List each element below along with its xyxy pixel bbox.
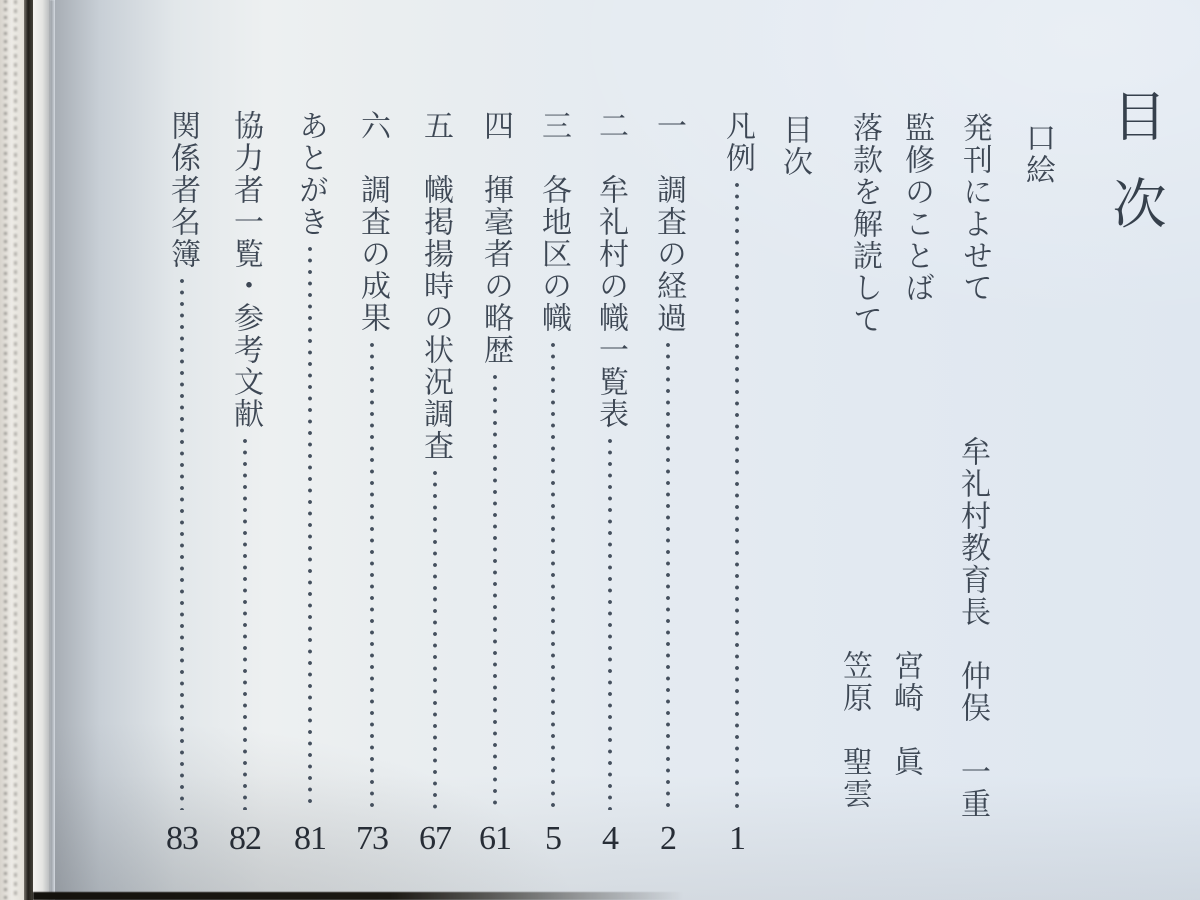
toc-entry-label: あとがき <box>295 110 325 238</box>
toc-entry: あとがき81 <box>292 110 328 864</box>
toc-entry: 二 牟礼村の幟一覧表4 <box>592 110 628 864</box>
toc-entry-page-number: 2 <box>660 814 676 864</box>
toc-entry: 協力者一覧・参考文献82 <box>227 110 263 864</box>
author-name: 宮崎 眞 <box>890 650 920 778</box>
toc-entry-page-number: 81 <box>294 814 326 864</box>
toc-entry-label: 一 調査の経過 <box>653 110 683 334</box>
front-matter-item: 落款を解読して <box>849 112 879 336</box>
toc-entry: 六 調査の成果73 <box>354 110 390 864</box>
author-name: 笠原 聖雲 <box>839 650 869 810</box>
toc-entry-label: 六 調査の成果 <box>357 110 387 334</box>
toc-entry-page-number: 82 <box>229 814 261 864</box>
book-photo: 目次 口絵発刊によせて牟礼村教育長 仲俣 一重監修のことば宮崎 眞落款を解読して… <box>0 0 1200 900</box>
dotted-leader <box>432 469 438 810</box>
dotted-leader <box>369 341 375 810</box>
toc-entry-label: 関係者名簿 <box>167 110 197 270</box>
toc-entry-page-number: 83 <box>166 814 198 864</box>
toc-entry: 関係者名簿83 <box>164 110 200 864</box>
toc-entry-page-number: 4 <box>602 814 618 864</box>
book-gutter-shadow <box>24 0 33 900</box>
toc-entry-label: 五 幟掲揚時の状況調査 <box>420 110 450 462</box>
dotted-leader <box>550 341 556 810</box>
toc-entry: 四 揮毫者の略歴61 <box>477 110 513 864</box>
toc-entry-page-number: 5 <box>545 814 561 864</box>
toc-entry: 三 各地区の幟5 <box>535 110 571 864</box>
previous-page-edge <box>0 0 26 900</box>
page-curl-edge <box>33 0 50 900</box>
toc-entry-label: 二 牟礼村の幟一覧表 <box>595 110 625 430</box>
front-matter-item: 監修のことば <box>901 112 931 304</box>
dotted-leader <box>307 245 313 810</box>
toc-entry-page-number: 1 <box>729 814 745 864</box>
toc-entry-page-number: 67 <box>419 814 451 864</box>
toc-entry-label: 協力者一覧・参考文献 <box>230 110 260 430</box>
toc-entry-page-number: 61 <box>479 814 511 864</box>
dotted-leader <box>242 437 248 810</box>
author-name: 牟礼村教育長 仲俣 一重 <box>957 436 987 820</box>
toc-entry-label: 四 揮毫者の略歴 <box>480 110 510 366</box>
dotted-leader <box>734 181 740 810</box>
bottom-edge-shadow <box>33 892 683 900</box>
prev-page-faint-text <box>14 0 17 900</box>
front-matter-item: 口絵 <box>1022 122 1052 186</box>
toc-entry-page-number: 73 <box>356 814 388 864</box>
toc-entry-label: 三 各地区の幟 <box>538 110 568 334</box>
page-title: 目次 <box>1108 88 1162 263</box>
toc-entry-label: 凡例 <box>722 110 752 174</box>
front-matter-item: 目次 <box>779 114 809 178</box>
dotted-leader <box>665 341 671 810</box>
front-matter-item: 発刊によせて <box>959 112 989 304</box>
toc-entry: 五 幟掲揚時の状況調査67 <box>417 110 453 864</box>
prev-page-faint-text <box>4 0 7 900</box>
dotted-leader <box>607 437 613 810</box>
toc-entry: 凡例1 <box>719 110 755 864</box>
dotted-leader <box>179 277 185 810</box>
dotted-leader <box>492 373 498 810</box>
toc-entry: 一 調査の経過2 <box>650 110 686 864</box>
